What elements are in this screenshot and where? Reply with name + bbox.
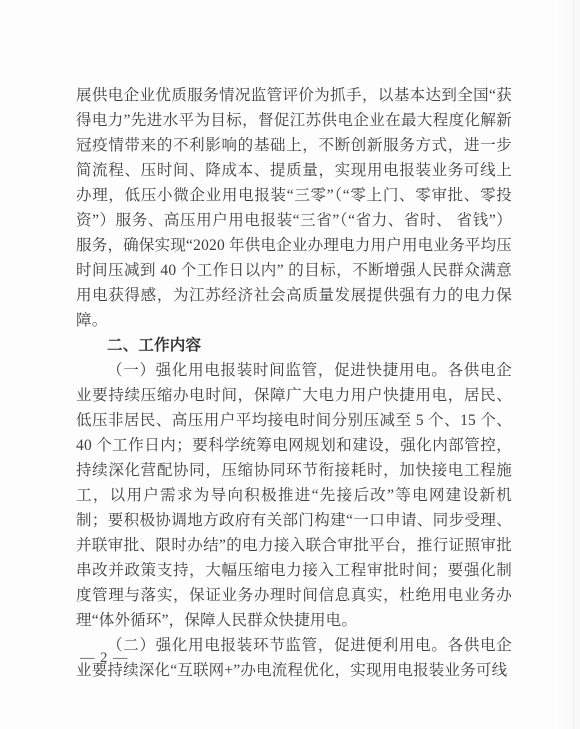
section-heading: 二、工作内容: [76, 333, 512, 358]
scan-edge: [573, 0, 574, 729]
document-content: 展供电企业优质服务情况监管评价为抓手，以基本达到全国“获得电力”先进水平为目标，…: [76, 83, 512, 683]
document-page: 展供电企业优质服务情况监管评价为抓手，以基本达到全国“获得电力”先进水平为目标，…: [0, 0, 580, 729]
paragraph: （一）强化用电报装时间监管，促进快捷用电。各供电企业要持续压缩办电时间，保障广大…: [76, 358, 512, 633]
page-number: — 2 —: [80, 648, 129, 668]
paragraph: 展供电企业优质服务情况监管评价为抓手，以基本达到全国“获得电力”先进水平为目标，…: [76, 83, 512, 333]
paragraph: （二）强化用电报装环节监管，促进便利用电。各供电企业要持续深化“互联网+”办电流…: [76, 633, 512, 683]
